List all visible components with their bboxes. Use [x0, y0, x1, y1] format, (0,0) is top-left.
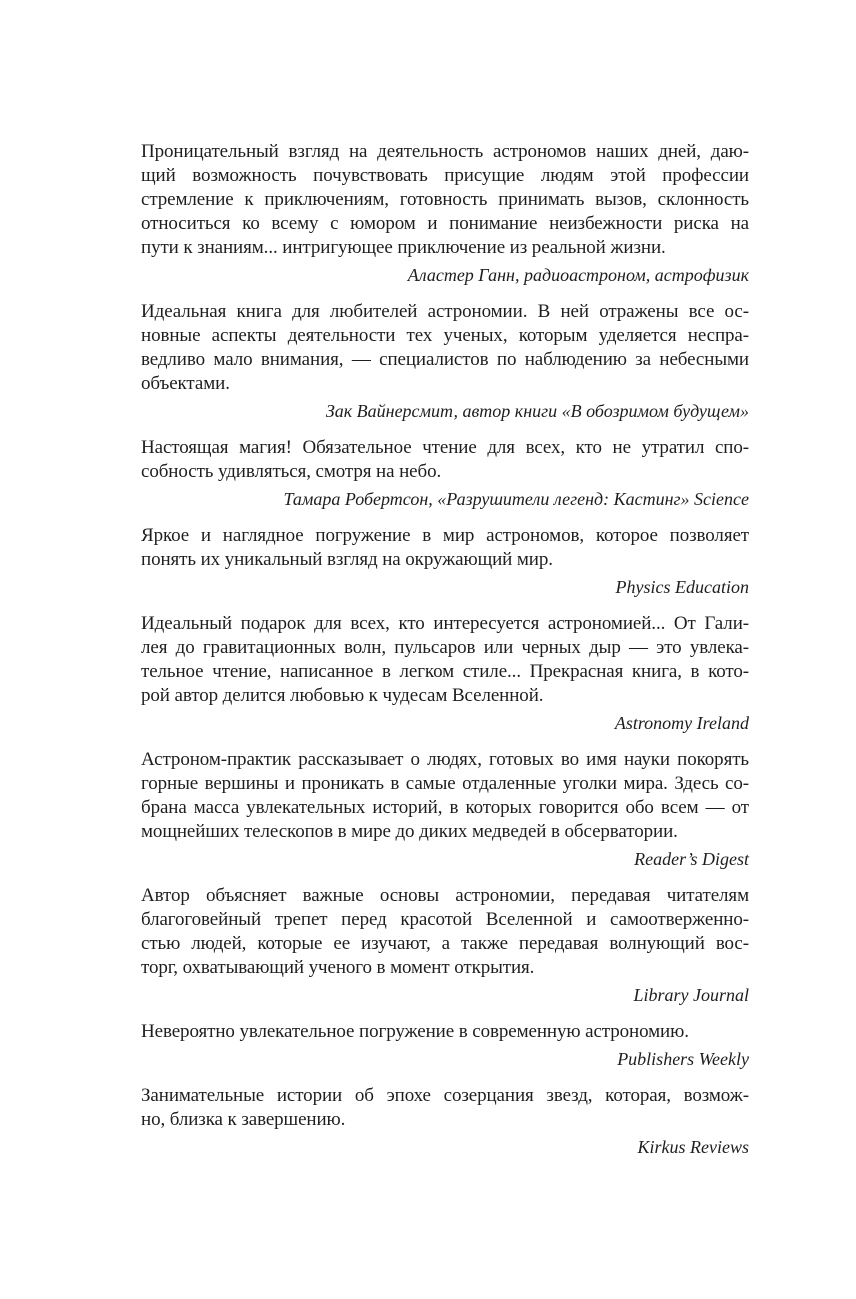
quote-attribution: Physics Education	[141, 575, 749, 599]
quote-attribution: Тамара Робертсон, «Разрушители легенд: К…	[141, 487, 749, 511]
quote-line: стью людей, которые ее изучают, а также …	[141, 932, 749, 956]
quote-attribution: Kirkus Reviews	[141, 1135, 749, 1159]
quote-line: брана масса увлекательных историй, в кот…	[141, 796, 749, 820]
review-quote-block: Занимательные истории об эпохе созерцани…	[141, 1084, 749, 1159]
quote-attribution: Library Journal	[141, 983, 749, 1007]
review-quote-block: Невероятно увлекательное погружение в со…	[141, 1020, 749, 1071]
quote-line: рой автор делится любовью к чудесам Всел…	[141, 684, 749, 708]
quote-line: тельное чтение, написанное в легком стил…	[141, 660, 749, 684]
quote-line: стремление к приключениям, готовность пр…	[141, 188, 749, 212]
review-quote-block: Автор объясняет важные основы астрономии…	[141, 884, 749, 1007]
quote-line: горные вершины и проникать в самые отдал…	[141, 772, 749, 796]
review-quote-block: Астроном-практик рассказывает о людях, г…	[141, 748, 749, 871]
quote-line: Астроном-практик рассказывает о людях, г…	[141, 748, 749, 772]
review-quote-block: Проницательный взгляд на деятельность ас…	[141, 140, 749, 287]
quote-line: торг, охватывающий ученого в момент откр…	[141, 956, 749, 980]
review-quote-block: Настоящая магия! Обязательное чтение для…	[141, 436, 749, 511]
review-quote-block: Идеальная книга для любителей астрономии…	[141, 300, 749, 423]
review-quote-block: Яркое и наглядное погружение в мир астро…	[141, 524, 749, 599]
quote-line: собность удивляться, смотря на небо.	[141, 460, 749, 484]
quote-line: понять их уникальный взгляд на окружающи…	[141, 548, 749, 572]
quote-line: Яркое и наглядное погружение в мир астро…	[141, 524, 749, 548]
quote-line: но, близка к завершению.	[141, 1108, 749, 1132]
quote-line: благоговейный трепет перед красотой Всел…	[141, 908, 749, 932]
quote-line: Проницательный взгляд на деятельность ас…	[141, 140, 749, 164]
quote-attribution: Astronomy Ireland	[141, 711, 749, 735]
quote-line: Идеальный подарок для всех, кто интересу…	[141, 612, 749, 636]
quote-line: мощнейших телескопов в мире до диких мед…	[141, 820, 749, 844]
quote-line: ведливо мало внимания, — специалистов по…	[141, 348, 749, 372]
quote-attribution: Publishers Weekly	[141, 1047, 749, 1071]
review-quote-block: Идеальный подарок для всех, кто интересу…	[141, 612, 749, 735]
quote-line: Идеальная книга для любителей астрономии…	[141, 300, 749, 324]
book-page: { "page": { "kind": "book praise / revie…	[0, 0, 856, 1299]
quote-attribution: Зак Вайнерсмит, автор книги «В обозримом…	[141, 399, 749, 423]
quote-line: Автор объясняет важные основы астрономии…	[141, 884, 749, 908]
quote-line: Невероятно увлекательное погружение в со…	[141, 1020, 749, 1044]
quote-line: пути к знаниям... интригующее приключени…	[141, 236, 749, 260]
quote-line: Занимательные истории об эпохе созерцани…	[141, 1084, 749, 1108]
quote-line: Настоящая магия! Обязательное чтение для…	[141, 436, 749, 460]
quote-attribution: Аластер Ганн, радиоастроном, астрофизик	[141, 263, 749, 287]
quote-attribution: Reader’s Digest	[141, 847, 749, 871]
quote-line: новные аспекты деятельности тех ученых, …	[141, 324, 749, 348]
reviews-list: Проницательный взгляд на деятельность ас…	[141, 140, 749, 1172]
quote-line: лея до гравитационных волн, пульсаров ил…	[141, 636, 749, 660]
quote-line: объектами.	[141, 372, 749, 396]
quote-line: щий возможность почувствовать присущие л…	[141, 164, 749, 188]
quote-line: относиться ко всему с юмором и понимание…	[141, 212, 749, 236]
